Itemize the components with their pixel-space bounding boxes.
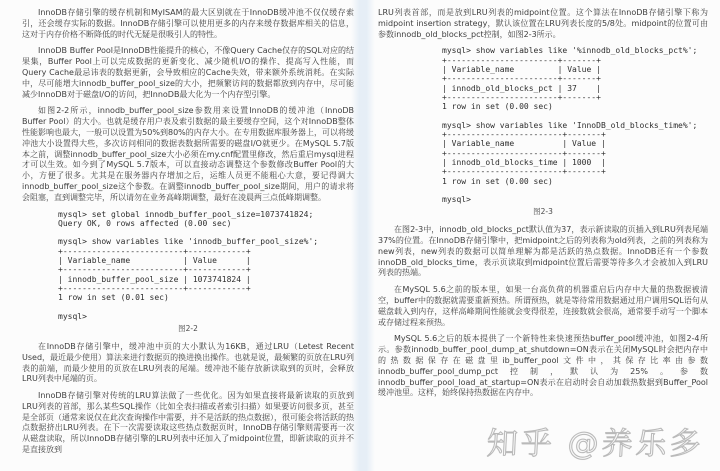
mysql-terminal-figure-2-2: mysql> set global innodb_buffer_pool_siz… bbox=[58, 210, 354, 322]
paragraph-lru-basics: 在InnoDB存储引擎中，缓冲池中页的大小默认为16KB，通过LRU（Letes… bbox=[22, 342, 354, 385]
paragraph-midpoint-continuation: LRU列表首部，而是放到LRU列表的midpoint位置。这个算法在InnoDB… bbox=[378, 8, 708, 40]
paragraph-innodb-cache-intro: InnoDB存储引擎的缓存机制和MyISAM的最大区别就在于InnoDB缓冲池不… bbox=[22, 8, 354, 40]
left-page-column: InnoDB存储引擎的缓存机制和MyISAM的最大区别就在于InnoDB缓冲池不… bbox=[22, 8, 354, 462]
page-gutter-shadow bbox=[351, 0, 375, 471]
paragraph-dump-load-feature: MySQL 5.6之后的版本提供了一个新特性来快速预热buffer_pool缓冲… bbox=[378, 334, 708, 399]
paragraph-warmup-before-56: 在MySQL 5.6之前的版本里，如果一台高负荷的机器重启后内存中大量的热数据被… bbox=[378, 285, 708, 328]
mysql-terminal-figure-2-3: mysql> show variables like '%innodb_old_… bbox=[442, 46, 708, 204]
figure-2-2-caption: 图2-2 bbox=[22, 324, 354, 335]
paragraph-buffer-pool-core: InnoDB Buffer Pool是InnoDB性能提升的核心，不像Query… bbox=[22, 46, 354, 100]
figure-2-3-caption: 图2-3 bbox=[378, 207, 708, 218]
paragraph-lru-optimization: InnoDB存储引擎对传统的LRU算法做了一些优化。因为如果直接将最新读取的页放… bbox=[22, 391, 354, 456]
right-page-column: LRU列表首部，而是放到LRU列表的midpoint位置。这个算法在InnoDB… bbox=[378, 8, 708, 405]
paragraph-old-blocks-pct: 在图2-3中，innodb_old_blocks_pct默认值为37，表示新读取… bbox=[378, 225, 708, 279]
zhihu-watermark: 知乎 @养乐多 bbox=[486, 418, 705, 463]
paragraph-buffer-pool-size: 如图2-2所示，innodb_buffer_pool_size参数用来设置Inn… bbox=[22, 106, 354, 203]
